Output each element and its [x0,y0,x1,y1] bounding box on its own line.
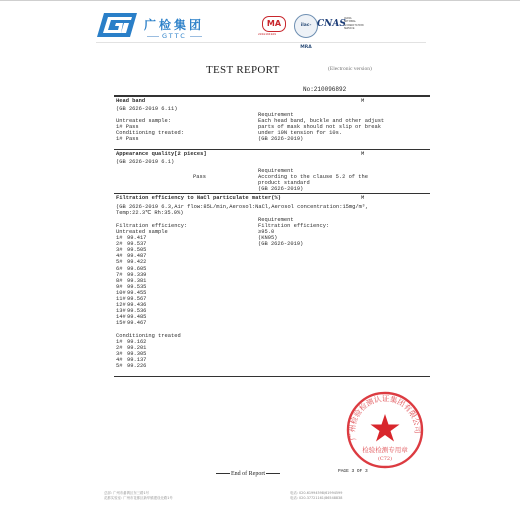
sample-value: 99.137 [127,357,146,363]
requirement-line: Requirement [258,168,294,174]
sample-value: 99.436 [127,302,146,308]
section-divider [114,193,430,194]
edition-label: (Electronic version) [328,66,372,72]
cnas-subtext: CHINA NATIONAL ACCREDITATION SERVICE [344,17,360,30]
requirement-line: (GB 2626-2019) [258,186,303,192]
cma-number: 2018191929 [258,33,276,36]
section-title-head-band: Head band [116,98,145,104]
sample-value: 99.201 [127,345,146,351]
footer-address: 总部: 广州市番禺区东三路1号 花都实验室: 广州市花都区新华镇建设北路1号 [104,491,173,501]
section-standard: (GB 2626-2019 6.1) [116,159,174,165]
gttc-logo: 广检集团 GTTC [96,10,256,40]
section-title-filtration: Filtration efficiency to NaCl particulat… [116,195,281,201]
section-standard: (GB 2626-2019 6.11) [116,106,177,112]
sample-value: 99.226 [127,363,146,369]
head-band-results: Untreated sample: 1# Pass Conditioning t… [116,118,184,142]
result-line: Untreated sample: [116,118,171,124]
requirement-line: under 10N tension for 10s. [258,130,342,136]
requirement-line: (GB 2626-2019) [258,241,303,247]
page-indicator: PAGE 3 OF 3 [338,469,368,474]
section-mark: M [361,98,364,104]
footer-phone: 电话: 020-61994598/61994599 电话: 020-377211… [290,491,342,501]
sample-id: 5# [116,363,127,369]
top-border [0,0,520,1]
report-title: TEST REPORT [206,64,280,76]
sample-value: 99.339 [127,272,146,278]
appearance-requirement: Requirement According to the clause 5.2 … [258,168,368,192]
sample-value: 99.535 [127,284,146,290]
end-of-report-text: End of Report [231,471,265,477]
requirement-line: product standard [258,180,310,186]
report-number: No:210096892 [303,86,346,93]
svg-text:(C72): (C72) [378,455,392,462]
section-divider [114,376,430,377]
requirement-line: (GB 2626-2019) [258,136,303,142]
sample-value: 99.485 [127,314,146,320]
sample-value: 99.605 [127,266,146,272]
sample-id: 15# [116,320,127,326]
sample-value: 99.487 [127,253,146,259]
section-mark: M [361,151,364,157]
sample-value: 99.455 [127,290,146,296]
requirement-line: Filtration efficiency: [258,223,329,229]
sample-value: 99.417 [127,235,146,241]
requirement-line: ≥95.0 [258,229,274,235]
ilac-mra-mark: ilac-MRA [294,14,318,38]
section-divider [114,95,430,97]
sample-value: 99.467 [127,320,146,326]
end-of-report: End of Report [215,471,281,477]
gttc-logo-icon [96,12,138,38]
head-band-requirement: Requirement Each head band, buckle and o… [258,112,384,142]
sample-value: 99.505 [127,247,146,253]
section-standard-conditions: Temp:22.3℃ Rh:35.9%) [116,210,184,216]
result-row: 5#99.226 [116,363,146,369]
sample-value: 99.305 [127,351,146,357]
requirement-line: Requirement [258,112,294,118]
logo-chinese-name: 广检集团 [144,16,204,33]
header-divider [96,42,426,43]
section-mark: M [361,195,364,201]
section-divider [114,149,430,150]
requirement-line: (KN95) [258,235,277,241]
sample-value: 99.537 [127,241,146,247]
result-line: 1# Pass [116,136,139,142]
phone-line: 电话: 020-37721161/86548838 [290,496,342,500]
cma-mark: MA [262,16,286,32]
address-line: 花都实验室: 广州市花都区新华镇建设北路1号 [104,496,173,500]
sample-value: 99.567 [127,296,146,302]
sample-value: 99.422 [127,259,146,265]
phone-line: 电话: 020-61994598/61994599 [290,491,342,495]
report-page: 广检集团 GTTC MA 2018191929 ilac-MRA CNAS CH… [0,0,520,520]
result-line: Conditioning treated: [116,130,184,136]
appearance-result: Pass [193,174,206,180]
official-seal-stamp: 广州检验检测认证集团有限公司 检验检测专用章 (C72) [345,390,425,470]
result-line: 1# Pass [116,124,139,130]
logo-english-name: GTTC [144,32,205,40]
cnas-mark: CNAS [317,15,347,33]
requirement-line: parts of mask should not slip or break [258,124,381,130]
svg-text:检验检测专用章: 检验检测专用章 [362,445,408,454]
filtration-requirement: Requirement Filtration efficiency: ≥95.0… [258,217,329,247]
section-title-appearance: Appearance quality[2 pieces] [116,151,207,157]
sample-value: 99.536 [127,308,146,314]
requirement-line: According to the clause 5.2 of the [258,174,368,180]
requirement-line: Requirement [258,217,294,223]
address-line: 总部: 广州市番禺区东三路1号 [104,491,149,495]
sample-value: 99.381 [127,278,146,284]
result-row: 15#99.467 [116,320,146,326]
sample-value: 99.162 [127,339,146,345]
requirement-line: Each head band, buckle and other adjust [258,118,384,124]
